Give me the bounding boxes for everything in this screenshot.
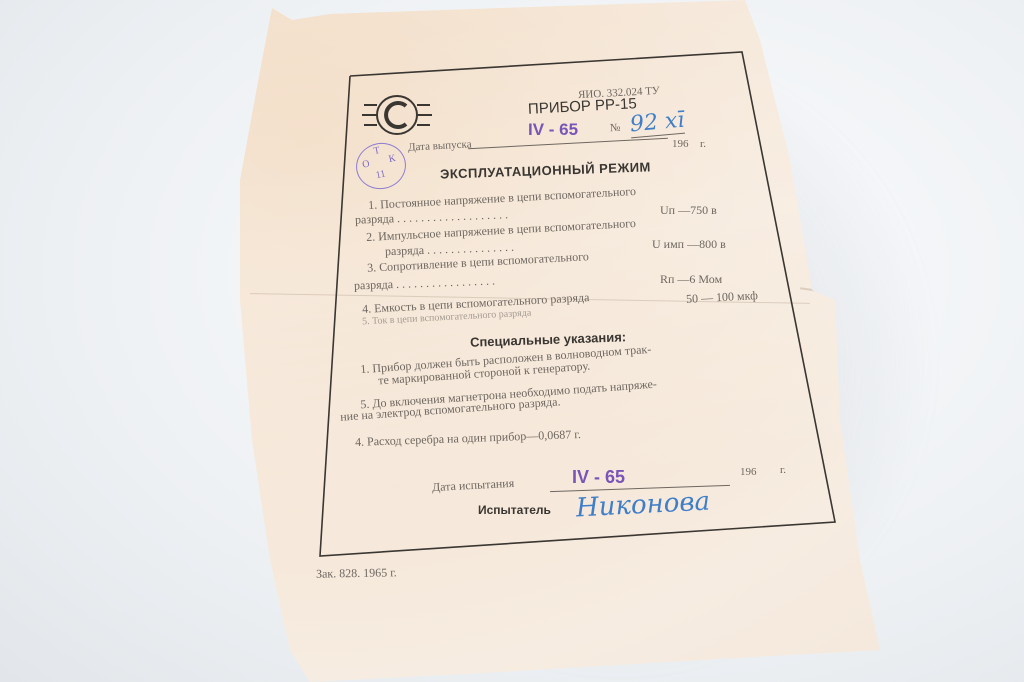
operating-item-value: U имп —800 в xyxy=(652,237,726,252)
operating-item-value: Rп —6 Мом xyxy=(660,272,722,287)
test-year-unit: г. xyxy=(780,464,786,476)
test-year: 196 xyxy=(740,466,757,478)
stamp-letter-right: К xyxy=(388,153,397,165)
release-year-unit: г. xyxy=(700,138,706,150)
release-date-stamp: IV - 65 xyxy=(528,120,578,140)
stamp-letter-top: Т xyxy=(373,145,381,157)
manufacturer-logo-icon xyxy=(362,90,432,140)
tester-label: Испытатель xyxy=(478,503,551,517)
test-date-stamp: IV - 65 xyxy=(572,467,625,488)
print-order-number: Зак. 828. 1965 г. xyxy=(316,565,397,581)
release-year: 196 xyxy=(672,138,689,150)
stamp-number: 11 xyxy=(375,168,387,181)
serial-number-prefix: № xyxy=(610,122,621,135)
operating-item-value: Uп —750 в xyxy=(660,203,717,218)
serial-number-handwritten: 92 хī xyxy=(629,108,685,139)
stamp-letter-left: О xyxy=(361,158,370,170)
